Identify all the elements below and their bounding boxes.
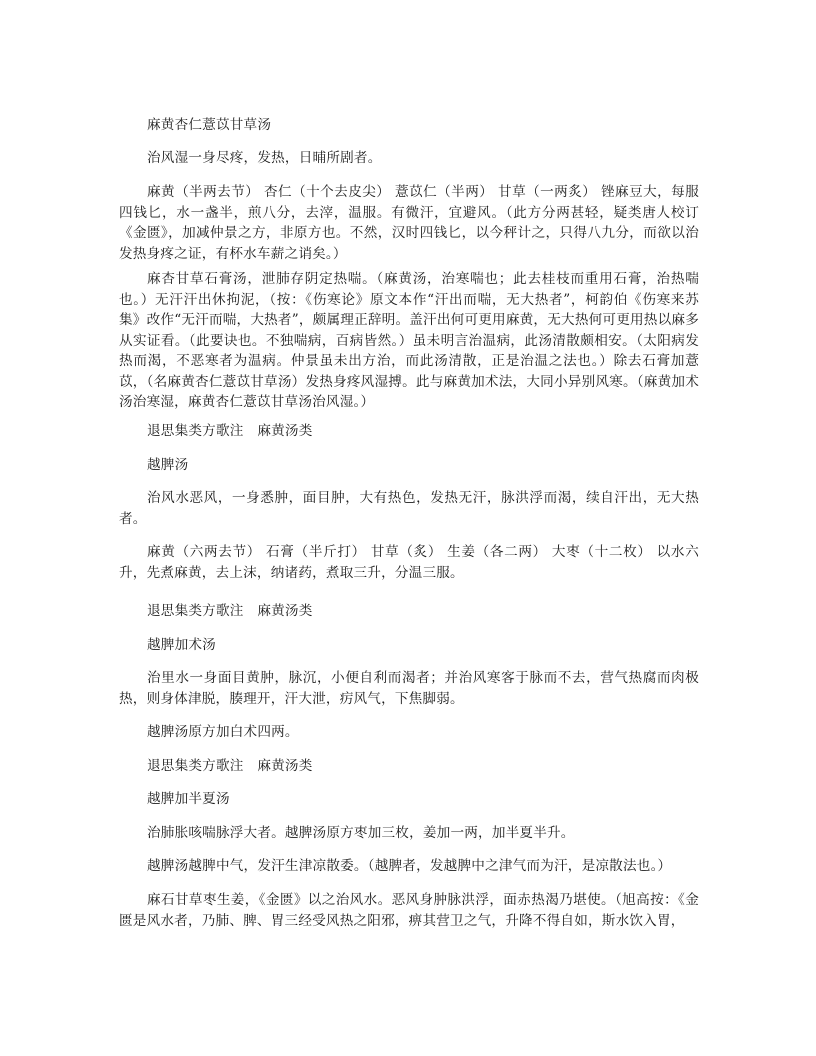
indication-paragraph: 治风水恶风，一身悉肿，面目肿，大有热色，发热无汗，脉洪浮而渴，续自汗出，无大热者… <box>119 488 699 529</box>
indication-paragraph: 治里水一身面目黄肿，脉沉，小便自利而渴者；并治风寒客于脉而不去，营气热腐而肉极热… <box>119 668 699 709</box>
section-label: 退思集类方歌注 麻黄汤类 <box>119 601 699 622</box>
section-label: 退思集类方歌注 麻黄汤类 <box>119 421 699 442</box>
formula-title: 越脾加术汤 <box>119 635 699 656</box>
formula-title: 越脾汤 <box>119 455 699 476</box>
formula-title: 麻黄杏仁薏苡甘草汤 <box>119 115 699 136</box>
indication-paragraph: 治肺胀咳喘脉浮大者。越脾汤原方枣加三枚，姜加一两，加半夏半升。 <box>119 823 699 844</box>
commentary-paragraph: 麻石甘草枣生姜，《金匮》以之治风水。恶风身肿脉洪浮，面赤热渴乃堪使。（旭高按：《… <box>119 890 699 931</box>
prescription-paragraph: 越脾汤原方加白术四两。 <box>119 722 699 743</box>
formula-title: 越脾加半夏汤 <box>119 789 699 810</box>
prescription-paragraph: 麻黄（六两去节） 石膏（半斤打） 甘草（炙） 生姜（各二两） 大枣（十二枚） 以… <box>119 542 699 583</box>
prescription-paragraph: 麻黄（半两去节） 杏仁（十个去皮尖） 薏苡仁（半两） 甘草（一两炙） 锉麻豆大，… <box>119 182 699 264</box>
section-label: 退思集类方歌注 麻黄汤类 <box>119 756 699 777</box>
document-page: 麻黄杏仁薏苡甘草汤 治风湿一身尽疼，发热，日晡所剧者。 麻黄（半两去节） 杏仁（… <box>0 0 816 1056</box>
commentary-paragraph: 麻杏甘草石膏汤，泄肺存阴定热喘。（麻黄汤，治寒喘也；此去桂枝而重用石膏，治热喘也… <box>119 269 699 413</box>
indication-paragraph: 治风湿一身尽疼，发热，日晡所剧者。 <box>119 148 699 169</box>
commentary-paragraph: 越脾汤越脾中气，发汗生津凉散委。（越脾者，发越脾中之津气而为汗，是凉散法也。） <box>119 856 699 877</box>
